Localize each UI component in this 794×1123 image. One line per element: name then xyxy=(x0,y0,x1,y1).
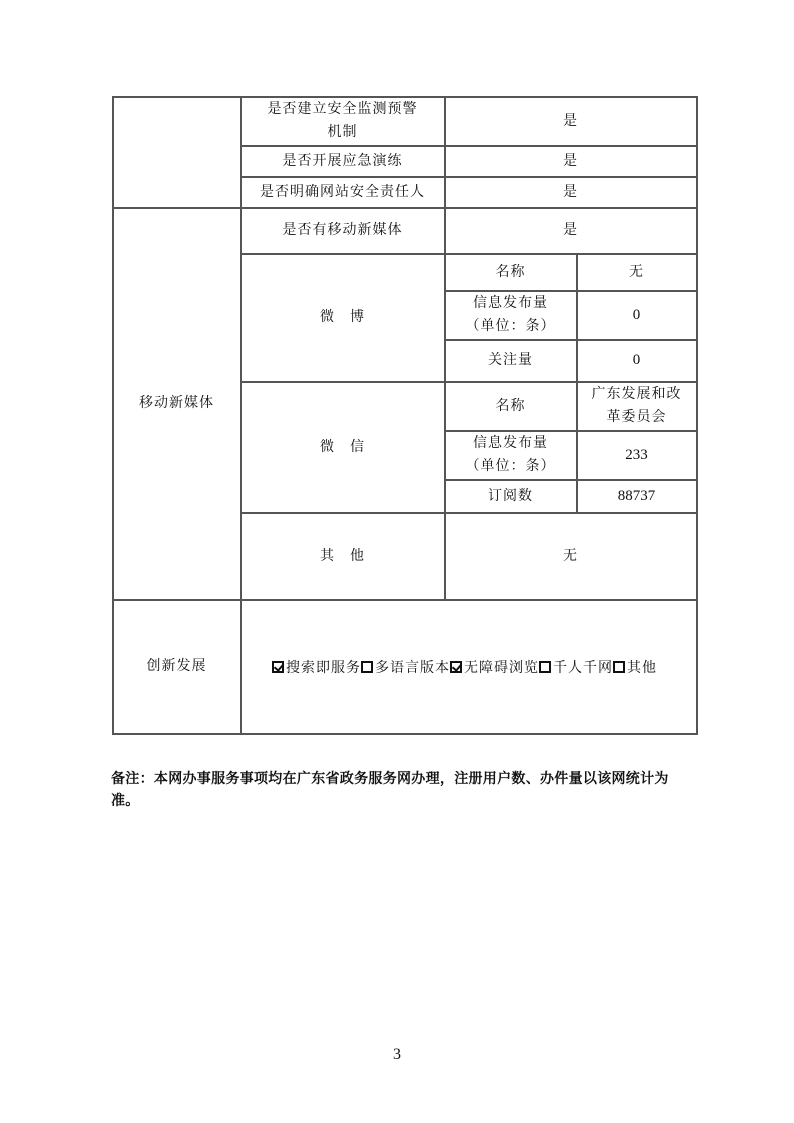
wechat-posts-label: 信息发布量 （单位：条） xyxy=(445,431,576,479)
emergency-drill-value: 是 xyxy=(445,146,696,176)
wechat-name-value: 广东发展和改 革委员会 xyxy=(577,382,696,430)
checkbox-unchecked-icon[interactable] xyxy=(613,661,625,673)
wechat-name-label: 名称 xyxy=(445,382,576,430)
document-page: 是否建立安全监测预警 机制 是 是否开展应急演练 是 是否明确网站安全责任人 是… xyxy=(0,0,794,1123)
option-label: 多语言版本 xyxy=(375,657,450,677)
label-line: （单位：条） xyxy=(466,455,556,478)
label-line: （单位：条） xyxy=(466,315,556,338)
value-line: 广东发展和改 xyxy=(592,383,682,406)
security-monitoring-value: 是 xyxy=(445,97,696,145)
innovation-options: 搜索即服务 多语言版本 无障碍浏览 千人千网 其他 xyxy=(240,600,696,734)
other-media-value: 无 xyxy=(445,513,696,599)
option-search-as-service[interactable]: 搜索即服务 xyxy=(272,657,361,677)
value-line: 革委员会 xyxy=(592,406,682,429)
option-label: 其他 xyxy=(627,657,657,677)
wechat-subscribers-label: 订阅数 xyxy=(445,480,576,512)
table-border-right xyxy=(696,96,698,735)
checkbox-checked-icon[interactable] xyxy=(450,661,462,673)
emergency-drill-label: 是否开展应急演练 xyxy=(241,146,444,176)
has-media-label: 是否有移动新媒体 xyxy=(241,208,444,253)
option-label: 搜索即服务 xyxy=(286,657,361,677)
wechat-posts-value: 233 xyxy=(577,431,696,479)
wechat-subscribers-value: 88737 xyxy=(577,480,696,512)
checkbox-checked-icon[interactable] xyxy=(272,661,284,673)
weibo-followers-value: 0 xyxy=(577,340,696,381)
checkbox-unchecked-icon[interactable] xyxy=(361,661,373,673)
security-monitoring-label: 是否建立安全监测预警 机制 xyxy=(241,97,444,145)
label-line: 信息发布量 xyxy=(466,432,556,455)
option-label: 无障碍浏览 xyxy=(464,657,539,677)
label-line: 机制 xyxy=(268,121,418,144)
wechat-label: 微 信 xyxy=(241,382,444,512)
option-label: 千人千网 xyxy=(553,657,613,677)
security-owner-label: 是否明确网站安全责任人 xyxy=(241,177,444,207)
weibo-label: 微 博 xyxy=(241,254,444,381)
media-section-label: 移动新媒体 xyxy=(113,208,240,599)
weibo-posts-value: 0 xyxy=(577,291,696,339)
checkbox-unchecked-icon[interactable] xyxy=(539,661,551,673)
weibo-followers-label: 关注量 xyxy=(445,340,576,381)
has-media-value: 是 xyxy=(445,208,696,253)
option-accessibility[interactable]: 无障碍浏览 xyxy=(450,657,539,677)
page-number: 3 xyxy=(0,1046,794,1064)
weibo-name-value: 无 xyxy=(577,254,696,290)
label-line: 信息发布量 xyxy=(466,292,556,315)
weibo-posts-label: 信息发布量 （单位：条） xyxy=(445,291,576,339)
label-line: 是否建立安全监测预警 xyxy=(268,98,418,121)
option-multilingual[interactable]: 多语言版本 xyxy=(361,657,450,677)
footnote: 备注：本网办事服务事项均在广东省政务服务网办理，注册用户数、办件量以该网统计为准… xyxy=(111,768,697,812)
option-personalized[interactable]: 千人千网 xyxy=(539,657,613,677)
weibo-name-label: 名称 xyxy=(445,254,576,290)
option-other[interactable]: 其他 xyxy=(613,657,657,677)
security-owner-value: 是 xyxy=(445,177,696,207)
other-media-label: 其 他 xyxy=(241,513,444,599)
innovation-section-label: 创新发展 xyxy=(113,600,240,733)
